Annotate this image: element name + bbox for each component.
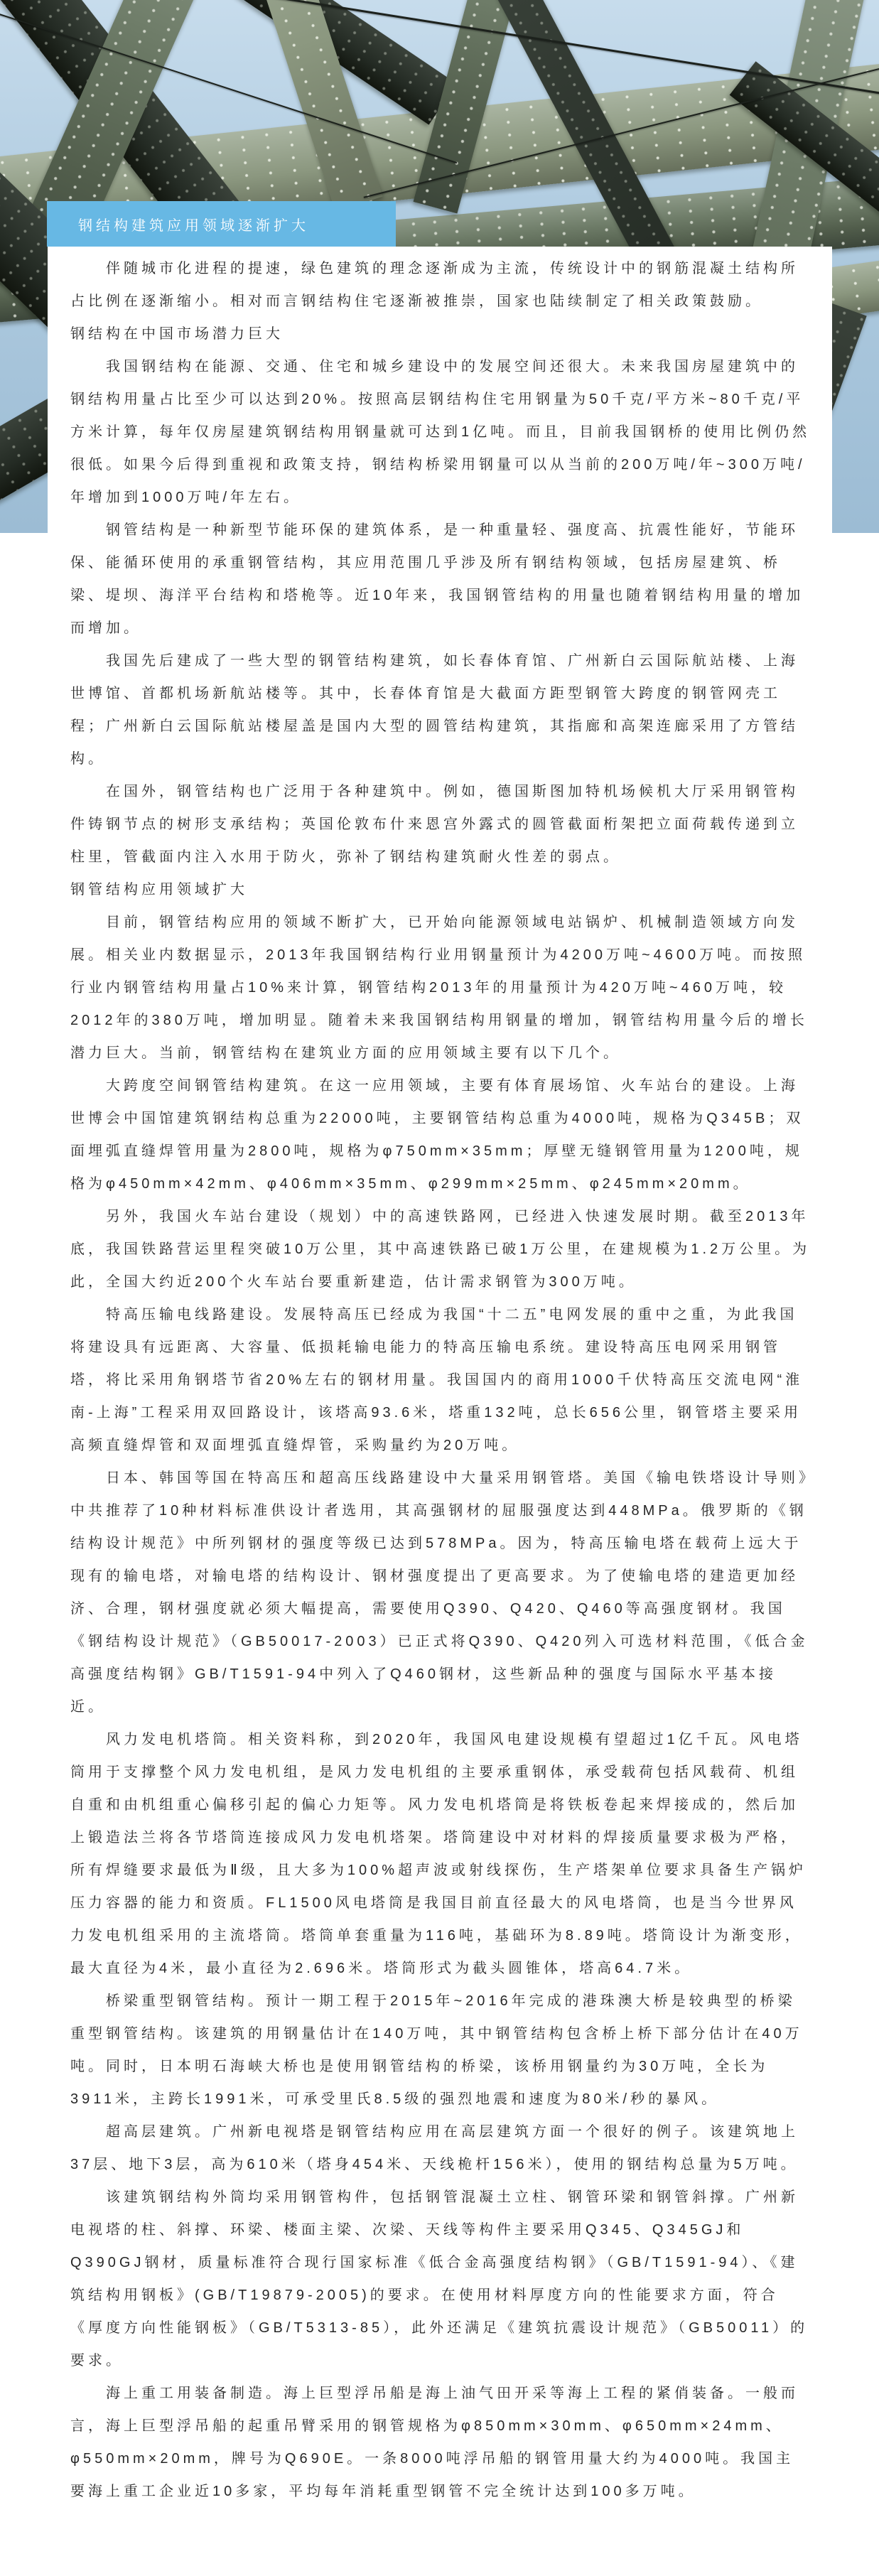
paragraph: 我国先后建成了一些大型的钢管结构建筑，如长春体育馆、广州新白云国际航站楼、上海世… (70, 645, 811, 775)
title-bar: 钢结构建筑应用领域逐渐扩大 (47, 201, 396, 247)
paragraph: 我国钢结构在能源、交通、住宅和城乡建设中的发展空间还很大。未来我国房屋建筑中的钢… (70, 350, 811, 514)
paragraph: 日本、韩国等国在特高压和超高压线路建设中大量采用钢管塔。美国《输电铁塔设计导则》… (70, 1462, 811, 1723)
page-title: 钢结构建筑应用领域逐渐扩大 (78, 214, 309, 235)
section-heading: 钢管结构应用领域扩大 (70, 873, 811, 906)
article-panel: 伴随城市化进程的提速，绿色建筑的理念逐渐成为主流，传统设计中的钢筋混凝土结构所占… (48, 247, 832, 2576)
paragraph: 该建筑钢结构外筒均采用钢管构件，包括钢管混凝土立柱、钢管环梁和钢管斜撑。广州新电… (70, 2181, 811, 2377)
paragraph: 大跨度空间钢管结构建筑。在这一应用领域，主要有体育展场馆、火车站台的建设。上海世… (70, 1069, 811, 1200)
paragraph: 在国外，钢管结构也广泛用于各种建筑中。例如，德国斯图加特机场候机大厅采用钢管构件… (70, 775, 811, 873)
paragraph: 伴随城市化进程的提速，绿色建筑的理念逐渐成为主流，传统设计中的钢筋混凝土结构所占… (70, 252, 811, 318)
paragraph: 超高层建筑。广州新电视塔是钢管结构应用在高层建筑方面一个很好的例子。该建筑地上3… (70, 2116, 811, 2181)
document-page: 钢结构建筑应用领域逐渐扩大 伴随城市化进程的提速，绿色建筑的理念逐渐成为主流，传… (0, 0, 879, 2576)
paragraph: 海上重工用装备制造。海上巨型浮吊船是海上油气田开采等海上工程的紧俏装备。一般而言… (70, 2377, 811, 2508)
article-body: 伴随城市化进程的提速，绿色建筑的理念逐渐成为主流，传统设计中的钢筋混凝土结构所占… (70, 252, 811, 2508)
section-heading: 钢结构在中国市场潜力巨大 (70, 318, 811, 350)
paragraph: 钢管结构是一种新型节能环保的建筑体系，是一种重量轻、强度高、抗震性能好，节能环保… (70, 514, 811, 645)
paragraph: 桥梁重型钢管结构。预计一期工程于2015年~2016年完成的港珠澳大桥是较典型的… (70, 1985, 811, 2116)
paragraph: 风力发电机塔筒。相关资料称，到2020年，我国风电建设规模有望超过1亿千瓦。风电… (70, 1723, 811, 1985)
paragraph: 另外，我国火车站台建设（规划）中的高速铁路网，已经进入快速发展时期。截至2013… (70, 1200, 811, 1298)
paragraph: 特高压输电线路建设。发展特高压已经成为我国“十二五”电网发展的重中之重，为此我国… (70, 1298, 811, 1462)
paragraph: 目前，钢管结构应用的领域不断扩大，已开始向能源领域电站锅炉、机械制造领域方向发展… (70, 906, 811, 1069)
